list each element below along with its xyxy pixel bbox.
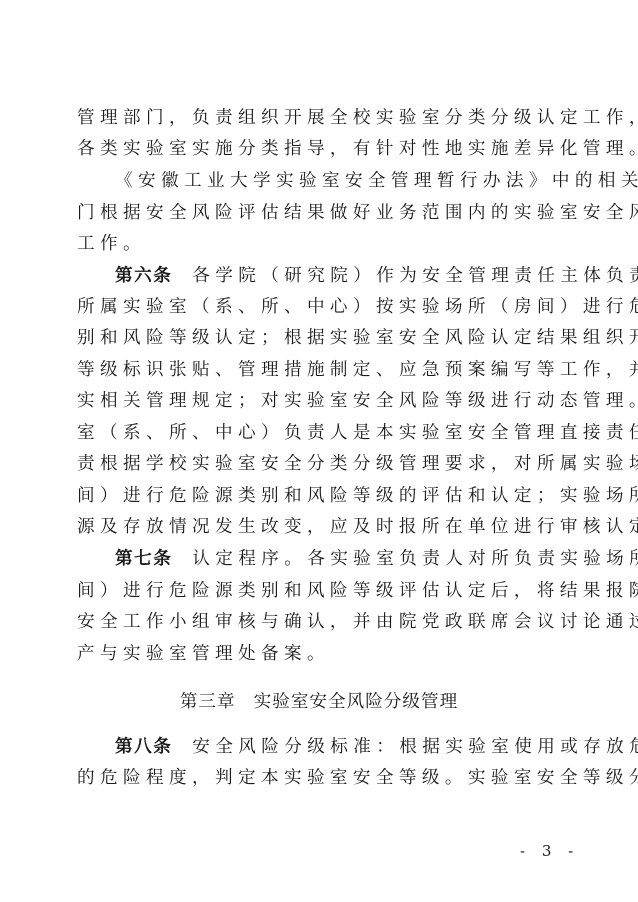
paragraph-line: 别和风险等级认定；根据实验室安全风险认定结果组织开展风险 bbox=[77, 326, 563, 350]
article-7-first-line: 第七条认定程序。各实验室负责人对所负责实验场所（房 bbox=[115, 547, 563, 571]
chapter-title: 实验室安全风险分级管理 bbox=[254, 692, 459, 712]
paragraph-line: 责根据学校实验室安全分类分级管理要求，对所属实验场所（房 bbox=[77, 452, 563, 476]
article-6-label: 第六条 bbox=[115, 266, 172, 286]
document-page: 管理部门，负责组织开展全校实验室分类分级认定工作，对各级 各类实验室实施分类指导… bbox=[0, 0, 638, 902]
page-number: - 3 - bbox=[520, 842, 579, 860]
paragraph-line: 间）进行危险源类别和风险等级的评估和认定；实验场所的危险 bbox=[77, 484, 563, 508]
article-6-text: 各学院（研究院）作为安全管理责任主体负责落实 bbox=[192, 266, 638, 286]
paragraph-line: 源及存放情况发生改变，应及时报所在单位进行审核认定。 bbox=[77, 515, 563, 539]
article-7-label: 第七条 bbox=[115, 549, 172, 569]
chapter-number: 第三章 bbox=[180, 692, 236, 712]
article-8-text: 安全风险分级标准：根据实验室使用或存放危险源 bbox=[192, 737, 638, 757]
paragraph-line: 室（系、所、中心）负责人是本实验室安全管理直接责任人，负 bbox=[77, 421, 563, 445]
chapter-heading: 第三章实验室安全风险分级管理 bbox=[0, 690, 638, 714]
article-6-first-line: 第六条各学院（研究院）作为安全管理责任主体负责落实 bbox=[115, 264, 563, 288]
article-7-text: 认定程序。各实验室负责人对所负责实验场所（房 bbox=[192, 549, 638, 569]
paragraph-line: 各类实验室实施分类指导，有针对性地实施差异化管理。 bbox=[77, 137, 563, 161]
paragraph-line: 工作。 bbox=[77, 232, 563, 256]
paragraph-line: 管理部门，负责组织开展全校实验室分类分级认定工作，对各级 bbox=[77, 106, 563, 130]
paragraph-line: 《安徽工业大学实验室安全管理暂行办法》中的相关职能部 bbox=[115, 169, 563, 193]
paragraph-line: 安全工作小组审核与确认，并由院党政联席会议讨论通过后报资 bbox=[77, 610, 563, 634]
paragraph-line: 实相关管理规定；对实验室安全风险等级进行动态管理。各实验 bbox=[77, 389, 563, 413]
paragraph-line: 的危险程度，判定本实验室安全等级。实验室安全等级分为Ⅰ、 bbox=[77, 766, 563, 790]
article-8-label: 第八条 bbox=[115, 737, 172, 757]
paragraph-line: 门根据安全风险评估结果做好业务范围内的实验室安全风险防范 bbox=[77, 201, 563, 225]
article-8-first-line: 第八条安全风险分级标准：根据实验室使用或存放危险源 bbox=[115, 735, 563, 759]
paragraph-line: 等级标识张贴、管理措施制定、应急预案编写等工作，并负责落 bbox=[77, 358, 563, 382]
paragraph-line: 产与实验室管理处备案。 bbox=[77, 642, 563, 666]
paragraph-line: 所属实验室（系、所、中心）按实验场所（房间）进行危险源类 bbox=[77, 295, 563, 319]
paragraph-line: 间）进行危险源类别和风险等级评估认定后，将结果报院实验室 bbox=[77, 579, 563, 603]
